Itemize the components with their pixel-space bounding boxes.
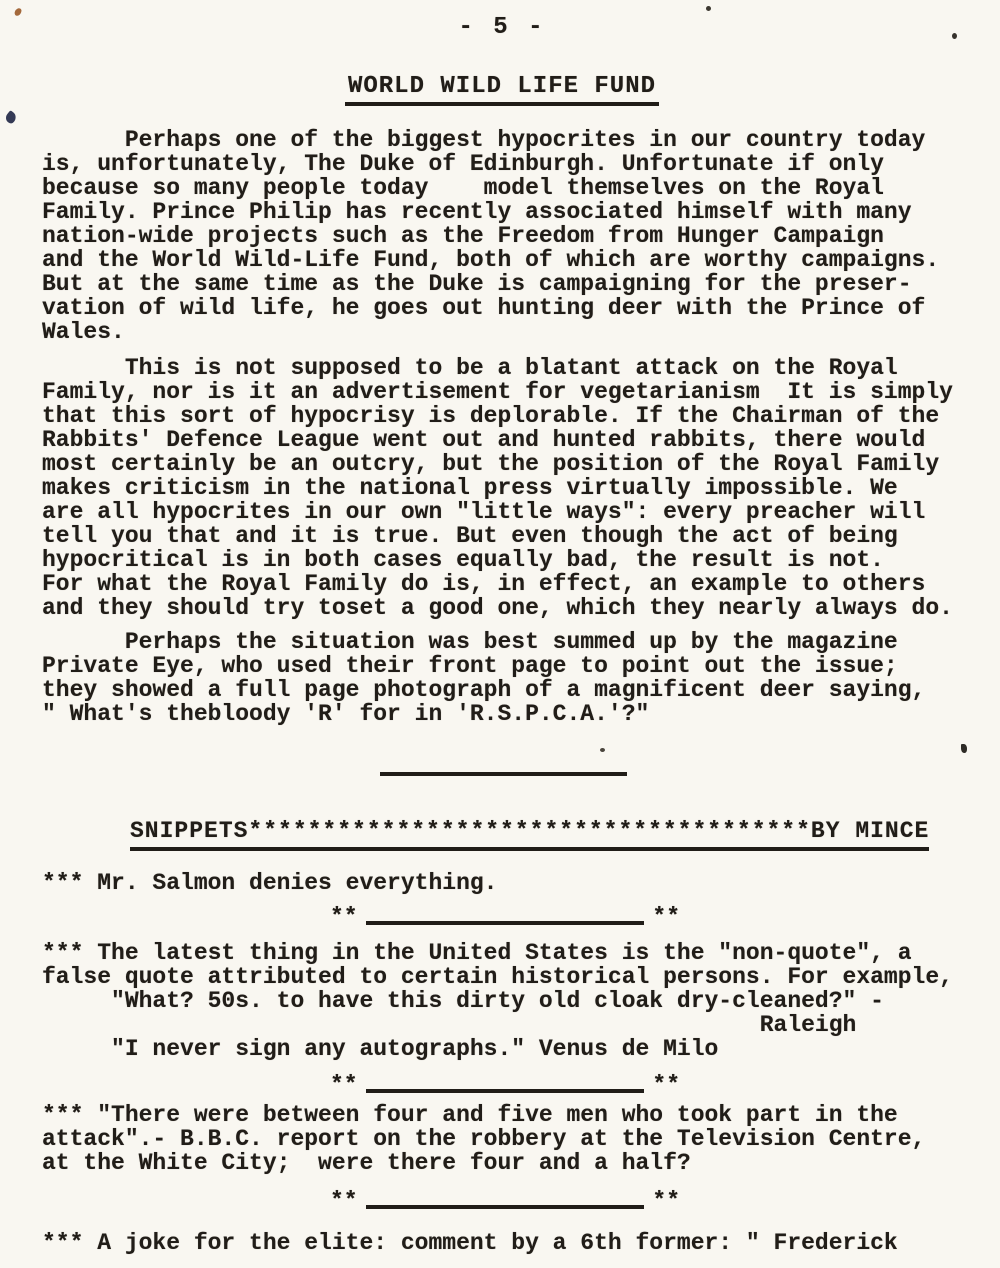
text-line: tell you that and it is true. But even t… xyxy=(42,524,962,548)
text-line: are all hypocrites in our own "little wa… xyxy=(42,500,962,524)
ink-speck xyxy=(600,748,605,752)
text-line: because so many people today model thems… xyxy=(42,176,962,200)
divider-line xyxy=(366,921,645,925)
divider-stars-right: ** xyxy=(652,1075,680,1095)
text-line: Perhaps one of the biggest hypocrites in… xyxy=(42,128,962,152)
text-line: hypocritical is in both cases equally ba… xyxy=(42,548,962,572)
article-title: WORLD WILD LIFE FUND xyxy=(345,73,659,106)
text-line: at the White City; were there four and a… xyxy=(42,1151,962,1175)
snippet-item-3: *** "There were between four and five me… xyxy=(42,1103,962,1175)
divider-stars-left: ** xyxy=(330,1191,358,1211)
text-line: Private Eye, who used their front page t… xyxy=(42,654,962,678)
text-line: false quote attributed to certain histor… xyxy=(42,965,962,989)
text-line: Wales. xyxy=(42,320,962,344)
section-divider-rule xyxy=(380,772,627,776)
page-number: - 5 - xyxy=(42,14,962,41)
text-line: " What's thebloody 'R' for in 'R.S.P.C.A… xyxy=(42,702,962,726)
paragraph-3: Perhaps the situation was best summed up… xyxy=(42,630,962,726)
text-line: Perhaps the situation was best summed up… xyxy=(42,630,962,654)
divider-line xyxy=(366,1089,645,1093)
text-line: Rabbits' Defence League went out and hun… xyxy=(42,428,962,452)
snippets-title: SNIPPETS xyxy=(130,818,248,844)
divider-stars-right: ** xyxy=(652,907,680,927)
text-line: Family. Prince Philip has recently assoc… xyxy=(42,200,962,224)
snippet-item-1: *** Mr. Salmon denies everything. xyxy=(42,871,962,895)
paragraph-1: Perhaps one of the biggest hypocrites in… xyxy=(42,128,962,344)
text-line: most certainly be an outcry, but the pos… xyxy=(42,452,962,476)
star-divider: ** ** xyxy=(330,901,680,927)
text-line: But at the same time as the Duke is camp… xyxy=(42,272,962,296)
text-line: Family, nor is it an advertisement for v… xyxy=(42,380,962,404)
divider-line xyxy=(366,1205,645,1209)
ink-speck xyxy=(706,6,711,11)
snippet-item-2: *** The latest thing in the United State… xyxy=(42,941,962,1061)
text-line: they showed a full page photograph of a … xyxy=(42,678,962,702)
snippets-header-row: SNIPPETS********************************… xyxy=(42,818,962,851)
snippet-item-4: *** A joke for the elite: comment by a 6… xyxy=(42,1231,962,1255)
text-line: *** A joke for the elite: comment by a 6… xyxy=(42,1231,962,1255)
text-line: vation of wild life, he goes out hunting… xyxy=(42,296,962,320)
ink-speck xyxy=(961,744,967,753)
text-line: *** The latest thing in the United State… xyxy=(42,941,962,965)
ink-speck xyxy=(952,33,957,39)
divider-stars-left: ** xyxy=(330,1075,358,1095)
scanned-document-page: - 5 - WORLD WILD LIFE FUND Perhaps one o… xyxy=(0,0,1000,1268)
star-divider: ** ** xyxy=(330,1069,680,1095)
snippets-stars: ************************************** xyxy=(248,818,811,844)
snippets-byline: BY MINCE xyxy=(811,818,929,844)
title-row: WORLD WILD LIFE FUND xyxy=(42,73,962,106)
text-line: "I never sign any autographs." Venus de … xyxy=(42,1037,962,1061)
text-line: makes criticism in the national press vi… xyxy=(42,476,962,500)
snippets-header: SNIPPETS********************************… xyxy=(130,818,929,851)
divider-stars-right: ** xyxy=(652,1191,680,1211)
text-line: and they should try toset a good one, wh… xyxy=(42,596,962,620)
text-line: attack".- B.B.C. report on the robbery a… xyxy=(42,1127,962,1151)
divider-stars-left: ** xyxy=(330,907,358,927)
text-line: *** "There were between four and five me… xyxy=(42,1103,962,1127)
text-line: For what the Royal Family do is, in effe… xyxy=(42,572,962,596)
text-line: This is not supposed to be a blatant att… xyxy=(42,356,962,380)
text-line: that this sort of hypocrisy is deplorabl… xyxy=(42,404,962,428)
paragraph-2: This is not supposed to be a blatant att… xyxy=(42,356,962,620)
text-line: *** Mr. Salmon denies everything. xyxy=(42,871,962,895)
text-line: Raleigh xyxy=(42,1013,962,1037)
star-divider: ** ** xyxy=(330,1185,680,1211)
text-line: nation-wide projects such as the Freedom… xyxy=(42,224,962,248)
page-content: - 5 - WORLD WILD LIFE FUND Perhaps one o… xyxy=(0,0,1000,1255)
text-line: is, unfortunately, The Duke of Edinburgh… xyxy=(42,152,962,176)
text-line: and the World Wild-Life Fund, both of wh… xyxy=(42,248,962,272)
text-line: "What? 50s. to have this dirty old cloak… xyxy=(42,989,962,1013)
